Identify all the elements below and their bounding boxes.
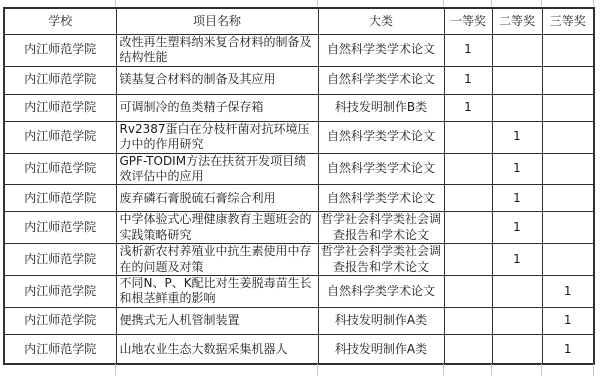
gridline-stub [317, 364, 318, 376]
third-prize-cell [542, 185, 594, 212]
category-cell: 自然科学类学术论文 [318, 121, 444, 153]
second-prize-cell: 1 [492, 153, 542, 185]
screenshot-root: 学校 项目名称 大类 一等奖 二等奖 三等奖 内江师范学院改性再生塑料纳米复合材… [0, 0, 600, 376]
category-cell: 自然科学类学术论文 [318, 185, 444, 212]
school-cell: 内江师范学院 [4, 244, 116, 276]
first-prize-cell: 1 [444, 66, 492, 94]
table-row: 内江师范学院GPF-TODIM方法在扶贫开发项目绩效评估中的应用自然科学类学术论… [4, 153, 594, 185]
project-name-cell: 中学体验式心理健康教育主题班会的实践策略研究 [116, 212, 318, 244]
award-table: 学校 项目名称 大类 一等奖 二等奖 三等奖 内江师范学院改性再生塑料纳米复合材… [3, 7, 595, 365]
second-prize-cell: 1 [492, 212, 542, 244]
col-header-third-prize: 三等奖 [542, 8, 594, 34]
first-prize-cell [444, 275, 492, 307]
project-name-cell: 山地农业生态大数据采集机器人 [116, 334, 318, 364]
category-cell: 哲学社会科学类社会调查报告和学术论文 [318, 244, 444, 276]
second-prize-cell: 1 [492, 121, 542, 153]
first-prize-cell [444, 334, 492, 364]
header-row: 学校 项目名称 大类 一等奖 二等奖 三等奖 [4, 8, 594, 34]
third-prize-cell: 1 [542, 275, 594, 307]
school-cell: 内江师范学院 [4, 275, 116, 307]
table-row: 内江师范学院镁基复合材料的制备及其应用自然科学类学术论文1 [4, 66, 594, 94]
third-prize-cell [542, 153, 594, 185]
school-cell: 内江师范学院 [4, 212, 116, 244]
category-cell: 自然科学类学术论文 [318, 66, 444, 94]
project-name-cell: 不同N、P、K配比对生姜脱毒苗生长和根茎鲜重的影响 [116, 275, 318, 307]
first-prize-cell: 1 [444, 94, 492, 121]
second-prize-cell [492, 307, 542, 334]
third-prize-cell [542, 34, 594, 66]
table-row: 内江师范学院不同N、P、K配比对生姜脱毒苗生长和根茎鲜重的影响自然科学类学术论文… [4, 275, 594, 307]
school-cell: 内江师范学院 [4, 307, 116, 334]
first-prize-cell: 1 [444, 34, 492, 66]
second-prize-cell: 1 [492, 185, 542, 212]
school-cell: 内江师范学院 [4, 121, 116, 153]
first-prize-cell [444, 244, 492, 276]
col-header-project: 项目名称 [116, 8, 318, 34]
school-cell: 内江师范学院 [4, 185, 116, 212]
gridline-stub [443, 0, 444, 6]
project-name-cell: GPF-TODIM方法在扶贫开发项目绩效评估中的应用 [116, 153, 318, 185]
table-row: 内江师范学院浅析新农村养殖业中抗生素使用中存在的问题及对策哲学社会科学类社会调查… [4, 244, 594, 276]
third-prize-cell [542, 244, 594, 276]
gridline-stub [541, 0, 542, 6]
third-prize-cell [542, 212, 594, 244]
project-name-cell: 便携式无人机管制装置 [116, 307, 318, 334]
gridline-stub [443, 364, 444, 376]
table-row: 内江师范学院中学体验式心理健康教育主题班会的实践策略研究哲学社会科学类社会调查报… [4, 212, 594, 244]
category-cell: 自然科学类学术论文 [318, 153, 444, 185]
gridline-stub [115, 0, 116, 6]
gridline-stub [491, 364, 492, 376]
third-prize-cell [542, 66, 594, 94]
category-cell: 自然科学类学术论文 [318, 34, 444, 66]
table-row: 内江师范学院山地农业生态大数据采集机器人科技发明制作A类1 [4, 334, 594, 364]
table-row: 内江师范学院Rv2387蛋白在分枝杆菌对抗环境压力中的作用研究自然科学类学术论文… [4, 121, 594, 153]
project-name-cell: 可调制冷的鱼类精子保存箱 [116, 94, 318, 121]
third-prize-cell [542, 94, 594, 121]
category-cell: 哲学社会科学类社会调查报告和学术论文 [318, 212, 444, 244]
gridline-stub [491, 0, 492, 6]
category-cell: 科技发明制作B类 [318, 94, 444, 121]
second-prize-cell [492, 66, 542, 94]
gridline-stub [541, 364, 542, 376]
third-prize-cell: 1 [542, 307, 594, 334]
first-prize-cell [444, 153, 492, 185]
category-cell: 科技发明制作A类 [318, 334, 444, 364]
second-prize-cell [492, 94, 542, 121]
project-name-cell: 改性再生塑料纳米复合材料的制备及结构性能 [116, 34, 318, 66]
category-cell: 科技发明制作A类 [318, 307, 444, 334]
school-cell: 内江师范学院 [4, 153, 116, 185]
table-row: 内江师范学院可调制冷的鱼类精子保存箱科技发明制作B类1 [4, 94, 594, 121]
second-prize-cell [492, 34, 542, 66]
gridline-stub [317, 0, 318, 6]
col-header-first-prize: 一等奖 [444, 8, 492, 34]
table-header: 学校 项目名称 大类 一等奖 二等奖 三等奖 [4, 8, 594, 34]
table-row: 内江师范学院改性再生塑料纳米复合材料的制备及结构性能自然科学类学术论文1 [4, 34, 594, 66]
first-prize-cell [444, 185, 492, 212]
first-prize-cell [444, 121, 492, 153]
category-cell: 自然科学类学术论文 [318, 275, 444, 307]
first-prize-cell [444, 307, 492, 334]
third-prize-cell [542, 121, 594, 153]
second-prize-cell: 1 [492, 244, 542, 276]
school-cell: 内江师范学院 [4, 34, 116, 66]
col-header-category: 大类 [318, 8, 444, 34]
project-name-cell: 废弃磷石膏脱硫石膏综合利用 [116, 185, 318, 212]
third-prize-cell: 1 [542, 334, 594, 364]
second-prize-cell [492, 275, 542, 307]
second-prize-cell [492, 334, 542, 364]
project-name-cell: Rv2387蛋白在分枝杆菌对抗环境压力中的作用研究 [116, 121, 318, 153]
table-row: 内江师范学院废弃磷石膏脱硫石膏综合利用自然科学类学术论文1 [4, 185, 594, 212]
first-prize-cell [444, 212, 492, 244]
project-name-cell: 镁基复合材料的制备及其应用 [116, 66, 318, 94]
table-row: 内江师范学院便携式无人机管制装置科技发明制作A类1 [4, 307, 594, 334]
gridline-stub [593, 0, 594, 6]
school-cell: 内江师范学院 [4, 334, 116, 364]
col-header-second-prize: 二等奖 [492, 8, 542, 34]
table-body: 内江师范学院改性再生塑料纳米复合材料的制备及结构性能自然科学类学术论文1内江师范… [4, 34, 594, 364]
gridline-stub [115, 364, 116, 376]
project-name-cell: 浅析新农村养殖业中抗生素使用中存在的问题及对策 [116, 244, 318, 276]
school-cell: 内江师范学院 [4, 66, 116, 94]
school-cell: 内江师范学院 [4, 94, 116, 121]
col-header-school: 学校 [4, 8, 116, 34]
gridline-stub [593, 364, 594, 376]
